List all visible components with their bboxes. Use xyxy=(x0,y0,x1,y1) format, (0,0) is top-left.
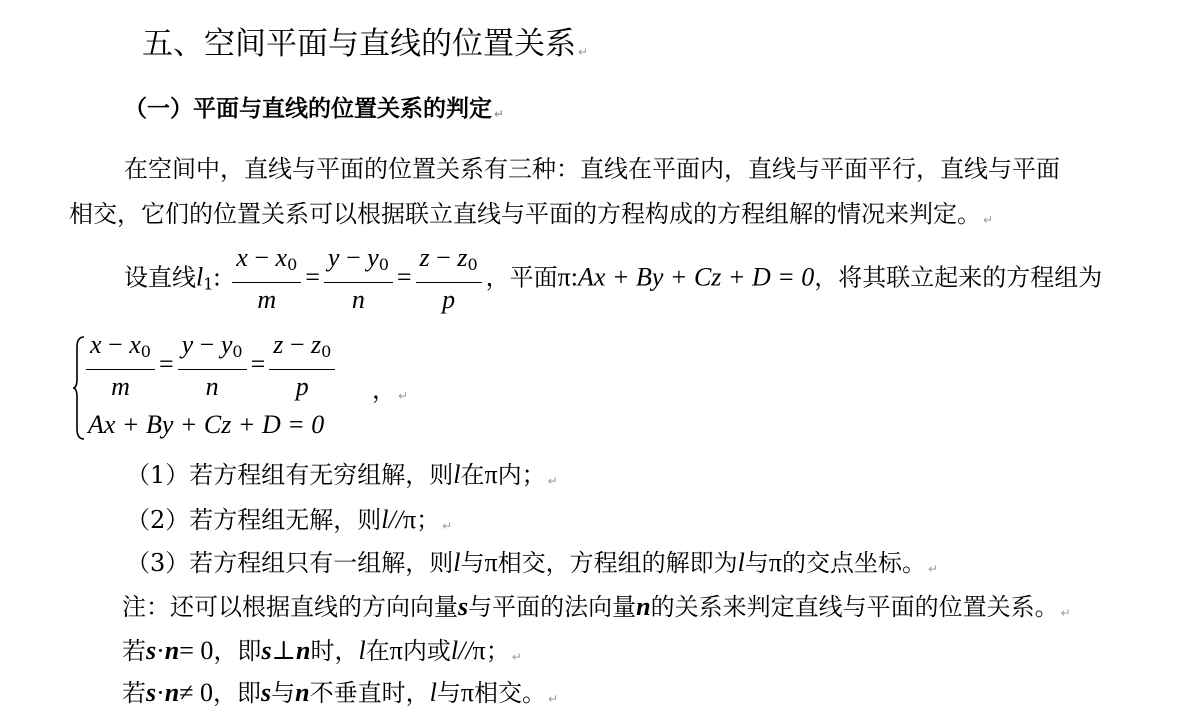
paragraph-mark-icon: ↵ xyxy=(398,389,408,403)
parallel-symbol: // xyxy=(389,505,403,534)
intro-line-2: 相交，它们的位置关系可以根据联立直线与平面的方程构成的方程组解的情况来判定。↵ xyxy=(69,199,993,235)
title-text: 五、空间平面与直线的位置关系 xyxy=(142,26,576,62)
case-3-prefix: （3）若方程组只有一组解，则 xyxy=(126,549,453,577)
paragraph-mark-icon: ↵ xyxy=(928,562,938,576)
rule-1: 若s·n= 0，即s⊥n时，l在π内或l//π；↵ xyxy=(122,636,522,672)
var-z: z xyxy=(420,243,430,272)
system-row-2: Ax + By + Cz + D = 0 xyxy=(88,410,324,440)
rule-1-t2: 时， xyxy=(310,637,358,665)
plane-equation: Ax + By + Cz + D = 0 xyxy=(578,263,814,292)
sub-0: 0 xyxy=(141,342,151,361)
system-row-1: x − x0 m = y − y0 n = z − z0 p xyxy=(86,330,339,402)
rule-2-t2: 与 xyxy=(271,679,295,707)
setup-line: 设直线l1: x − x0 m = y − y0 n = z − z0 p ，平… xyxy=(124,243,1102,317)
rule-2-t1: ，即 xyxy=(213,679,261,707)
var-x: x xyxy=(90,330,102,359)
note-prefix: 注：还可以根据直线的方向向量 xyxy=(122,593,458,621)
vector-n: n xyxy=(296,636,310,665)
comma: ， xyxy=(486,264,510,292)
var-z0: z xyxy=(311,330,321,359)
var-x0: x xyxy=(276,243,288,272)
var-l: l xyxy=(451,636,458,665)
vector-n: n xyxy=(165,636,179,665)
document-title: 五、空间平面与直线的位置关系↵ xyxy=(142,24,588,72)
section-heading: （一）平面与直线的位置关系的判定↵ xyxy=(124,94,504,129)
rule-2-prefix: 若 xyxy=(122,679,146,707)
var-z: z xyxy=(273,330,283,359)
equals-zero: = 0 xyxy=(179,636,213,665)
pi-symbol: π xyxy=(473,636,486,665)
intro-text-2: 相交，它们的位置关系可以根据联立直线与平面的方程构成的方程组解的情况来判定。 xyxy=(69,200,981,228)
rule-1-prefix: 若 xyxy=(122,637,146,665)
sub-0: 0 xyxy=(287,255,297,274)
paragraph-mark-icon: ↵ xyxy=(512,650,522,664)
case-3-mid: 与 xyxy=(461,549,485,577)
case-1: （1）若方程组有无穷组解，则l在π内；↵ xyxy=(126,460,558,496)
pi-symbol: π xyxy=(403,505,416,534)
vector-s: s xyxy=(261,636,271,665)
rule-2: 若s·n≠ 0，即s与n不垂直时，l与π相交。↵ xyxy=(122,678,558,714)
system-comma: ， xyxy=(372,376,396,404)
var-x0: x xyxy=(129,330,141,359)
not-equals-zero: ≠ 0 xyxy=(179,678,213,707)
var-y: y xyxy=(182,330,194,359)
vector-n: n xyxy=(636,592,650,621)
dot-operator: · xyxy=(156,678,165,707)
paragraph-mark-icon: ↵ xyxy=(1061,606,1071,620)
pi-symbol: π xyxy=(769,548,782,577)
paragraph-mark-icon: ↵ xyxy=(442,519,452,533)
case-1-prefix: （1）若方程组有无穷组解，则 xyxy=(126,461,453,489)
colon: : xyxy=(213,263,220,292)
case-2-prefix: （2）若方程组无解，则 xyxy=(126,506,381,534)
rule-1-t3: 在 xyxy=(366,637,390,665)
sub-0: 0 xyxy=(321,342,331,361)
var-m: m xyxy=(232,283,301,315)
plane-label: 平面 xyxy=(510,264,558,292)
var-l: l xyxy=(738,548,745,577)
var-p: p xyxy=(269,370,335,402)
pi-symbol: π xyxy=(558,263,571,292)
var-l: l xyxy=(453,460,460,489)
case-3-suffix2: 的交点坐标。 xyxy=(782,549,926,577)
pi-symbol: π xyxy=(485,460,498,489)
paragraph-mark-icon: ↵ xyxy=(578,45,588,59)
paragraph-mark-icon: ↵ xyxy=(983,213,993,227)
perpendicular-symbol: ⊥ xyxy=(272,636,296,665)
case-3: （3）若方程组只有一组解，则l与π相交，方程组的解即为l与π的交点坐标。↵ xyxy=(126,548,938,584)
sub-0: 0 xyxy=(467,255,477,274)
case-2: （2）若方程组无解，则l//π；↵ xyxy=(126,505,452,541)
fraction-z: z − z0 p xyxy=(416,243,482,315)
paragraph-mark-icon: ↵ xyxy=(548,692,558,706)
line-subscript: 1 xyxy=(203,275,213,294)
left-brace-icon xyxy=(72,335,86,441)
dot-operator: · xyxy=(156,636,165,665)
rule-1-t4: 内或 xyxy=(403,637,451,665)
var-m: m xyxy=(86,370,155,402)
note-line: 注：还可以根据直线的方向向量s与平面的法向量n的关系来判定直线与平面的位置关系。… xyxy=(122,592,1071,628)
system-trailing: ，↵ xyxy=(372,375,408,411)
vector-s: s xyxy=(458,592,468,621)
var-p: p xyxy=(416,283,482,315)
rule-1-t5: ； xyxy=(486,637,510,665)
section-text: （一）平面与直线的位置关系的判定 xyxy=(124,96,492,122)
var-y0: y xyxy=(367,243,379,272)
intro-line-1: 在空间中，直线与平面的位置关系有三种：直线在平面内，直线与平面平行，直线与平面 xyxy=(124,154,1060,184)
vector-n: n xyxy=(165,678,179,707)
vector-n: n xyxy=(295,678,309,707)
sub-0: 0 xyxy=(232,342,242,361)
sys-fraction-x: x − x0 m xyxy=(86,330,155,402)
sys-fraction-y: y − y0 n xyxy=(178,330,247,402)
var-l: l xyxy=(430,678,437,707)
var-l: l xyxy=(381,505,388,534)
pi-symbol: π xyxy=(461,678,474,707)
vector-s: s xyxy=(146,636,156,665)
pi-symbol: π xyxy=(390,636,403,665)
var-l: l xyxy=(453,548,460,577)
case-1-mid: 在 xyxy=(461,461,485,489)
var-y0: y xyxy=(221,330,233,359)
rule-2-t3: 不垂直时， xyxy=(310,679,430,707)
rule-2-t5: 相交。 xyxy=(474,679,546,707)
case-1-suffix: 内； xyxy=(498,461,546,489)
case-3-suffix: 相交，方程组的解即为 xyxy=(498,549,738,577)
vector-s: s xyxy=(146,678,156,707)
parallel-symbol: // xyxy=(458,636,472,665)
case-2-suffix: ； xyxy=(416,506,440,534)
vector-s: s xyxy=(261,678,271,707)
var-y: y xyxy=(328,243,340,272)
var-l: l xyxy=(358,636,365,665)
setup-suffix: ，将其联立起来的方程组为 xyxy=(814,264,1102,292)
sub-0: 0 xyxy=(379,255,389,274)
sys-fraction-z: z − z0 p xyxy=(269,330,335,402)
fraction-x: x − x0 m xyxy=(232,243,301,315)
plane-equation-row: Ax + By + Cz + D = 0 xyxy=(88,410,324,439)
intro-text-1: 在空间中，直线与平面的位置关系有三种：直线在平面内，直线与平面平行，直线与平面 xyxy=(124,155,1060,183)
rule-1-t1: ，即 xyxy=(213,637,261,665)
note-mid: 与平面的法向量 xyxy=(468,593,636,621)
var-x: x xyxy=(236,243,248,272)
setup-prefix: 设直线 xyxy=(124,264,196,292)
fraction-y: y − y0 n xyxy=(324,243,393,315)
case-3-mid2: 与 xyxy=(745,549,769,577)
paragraph-mark-icon: ↵ xyxy=(494,107,504,121)
var-z0: z xyxy=(457,243,467,272)
var-n: n xyxy=(178,370,247,402)
paragraph-mark-icon: ↵ xyxy=(548,474,558,488)
rule-2-t4: 与 xyxy=(437,679,461,707)
pi-symbol: π xyxy=(485,548,498,577)
var-n: n xyxy=(324,283,393,315)
note-suffix: 的关系来判定直线与平面的位置关系。 xyxy=(651,593,1059,621)
